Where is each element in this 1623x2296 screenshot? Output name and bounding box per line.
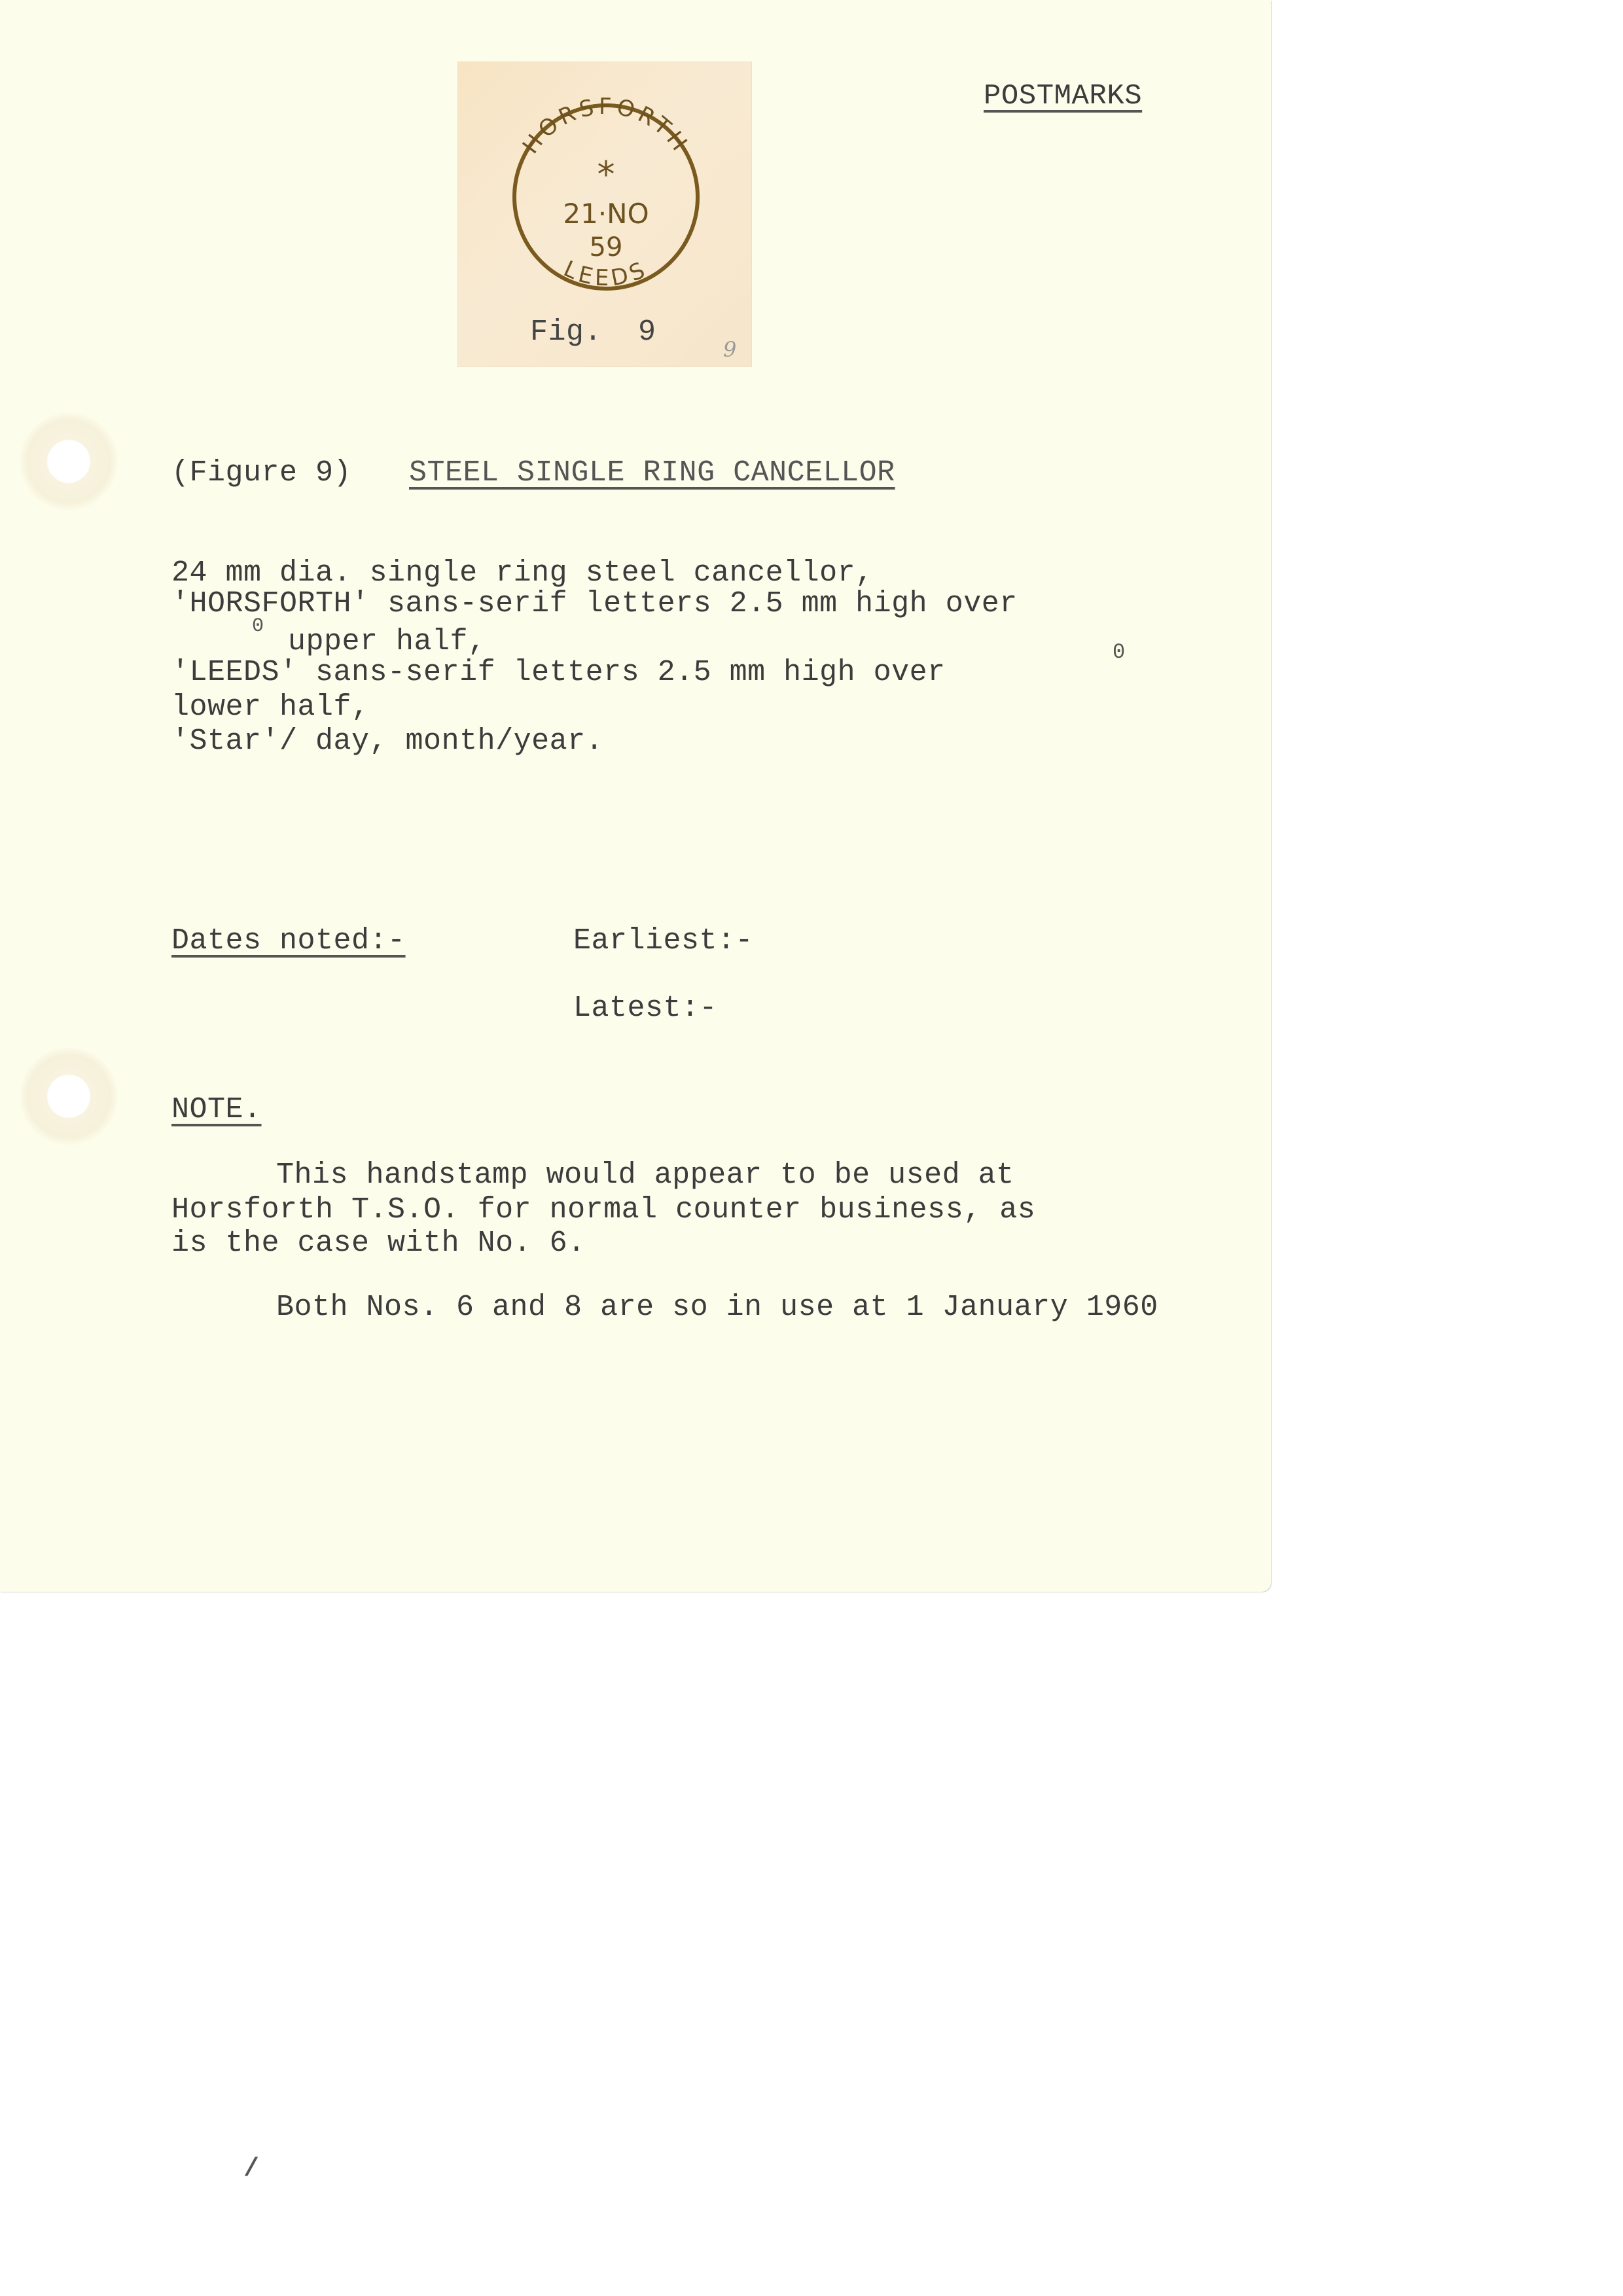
- stray-mark: 0: [252, 615, 264, 637]
- description-line: 'HORSFORTH' sans-serif letters 2.5 mm hi…: [171, 589, 1018, 619]
- punch-hole-bottom: [20, 1047, 118, 1145]
- stray-mark: 0: [1113, 640, 1125, 664]
- note-line: Horsforth T.S.O. for normal counter busi…: [171, 1195, 1035, 1225]
- description-line: 'Star'/ day, month/year.: [171, 726, 603, 756]
- stamp-top-arc-text: HORSFORTH: [518, 94, 694, 159]
- stray-pen-mark: /: [243, 2155, 259, 2184]
- stamp-year: 59: [590, 232, 623, 262]
- dates-noted-label: Dates noted:-: [171, 926, 406, 956]
- note-final-line: Both Nos. 6 and 8 are so in use at 1 Jan…: [276, 1293, 1158, 1322]
- svg-text:HORSFORTH: HORSFORTH: [518, 94, 694, 159]
- postmark-figure: HORSFORTH * 21·NO 59 LEEDS Fig. 9 9: [458, 62, 751, 367]
- earliest-label: Earliest:-: [573, 926, 753, 956]
- description-line: upper half,: [288, 627, 486, 656]
- document-page: HORSFORTH * 21·NO 59 LEEDS Fig. 9 9 POST…: [0, 0, 1271, 1592]
- pencil-annotation: 9: [723, 337, 736, 362]
- description-line: 'LEEDS' sans-serif letters 2.5 mm high o…: [171, 658, 946, 687]
- note-line: is the case with No. 6.: [171, 1229, 586, 1258]
- note-line: This handstamp would appear to be used a…: [276, 1160, 1014, 1190]
- stamp-date: 21·NO: [563, 198, 649, 230]
- figure-caption: Fig. 9: [530, 317, 656, 347]
- stamp-star: *: [597, 154, 615, 195]
- postmark-type-title: STEEL SINGLE RING CANCELLOR: [409, 458, 895, 488]
- punch-hole-top: [20, 412, 118, 511]
- figure-reference: (Figure 9): [171, 458, 351, 488]
- note-heading: NOTE.: [171, 1095, 262, 1124]
- section-title: POSTMARKS: [984, 82, 1142, 111]
- description-line: lower half,: [171, 692, 370, 722]
- description-line: 24 mm dia. single ring steel cancellor,: [171, 558, 874, 588]
- latest-label: Latest:-: [573, 994, 717, 1023]
